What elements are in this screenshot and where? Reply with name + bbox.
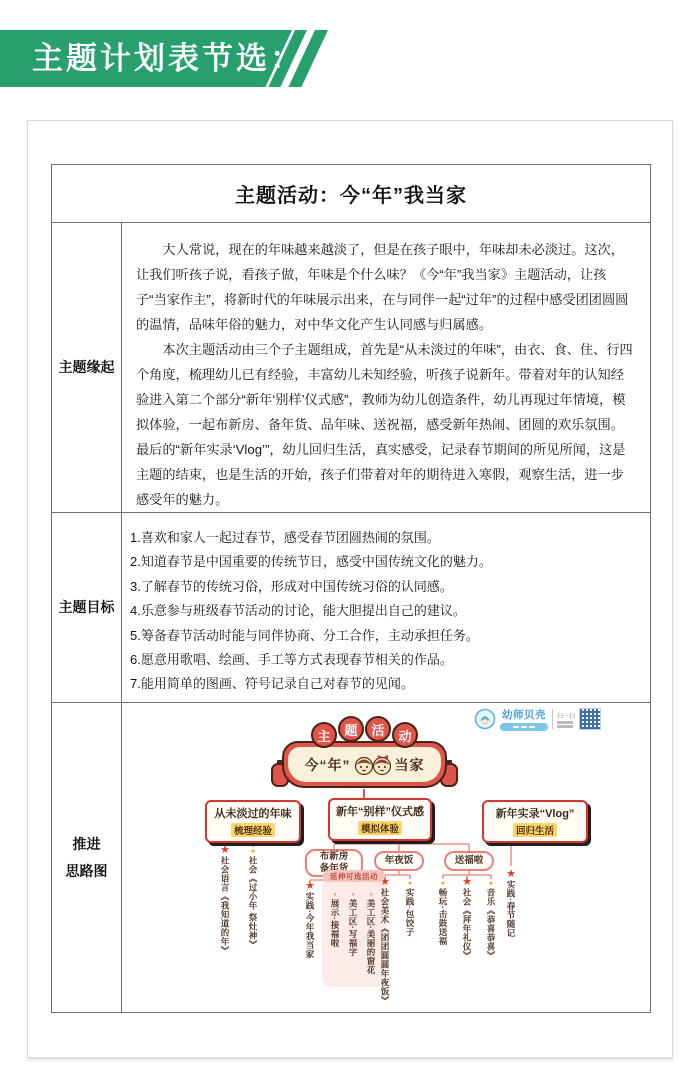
- mindmap-leaf: 实践·春节随记: [505, 867, 517, 937]
- map-label: 推进 思路图: [52, 703, 122, 1012]
- topic-title: 新年实录“Vlog”: [488, 805, 582, 821]
- topic-title: 新年“别样”仪式感: [334, 803, 426, 819]
- origin-paragraph: 本次主题活动由三个子主题组成，首先是“从未淡过的年味”，由衣、食、住、行四个角度…: [136, 337, 634, 512]
- leaf-text: 美工区·写福字: [347, 899, 359, 956]
- topic-subtitle: 梳理经验: [231, 823, 275, 837]
- table-title: 主题活动：今“年”我当家: [52, 165, 650, 222]
- goal-item: 4.乐意参与班级春节活动的讨论，能大胆提出自己的建议。: [130, 599, 640, 623]
- leaf-text: 社会《过小年 祭灶神》: [247, 856, 259, 949]
- goals-content: 1.喜欢和家人一起过春节，感受春节团圆热闹的氛围。 2.知道春节是中国重要的传统…: [122, 513, 650, 702]
- leaf-text: 美工区·美丽的窗花: [365, 899, 377, 974]
- star-marker: [506, 867, 516, 878]
- dot-marker: [408, 875, 412, 886]
- mindmap-leaf: 美工区·美丽的窗花: [365, 886, 377, 974]
- leaf-text: 社会《拜年礼仪》: [461, 888, 473, 960]
- page-title: 主题计划表节选：: [32, 30, 304, 87]
- title-circle: 活: [365, 716, 391, 742]
- mindmap-leaf: 实践·今年我当家: [304, 879, 316, 958]
- topic-box: 从未淡过的年味 梳理经验: [205, 800, 301, 843]
- leaf-text: 音乐《恭喜恭喜》: [485, 888, 497, 960]
- banner-text-right: 当家: [395, 755, 425, 775]
- topic-subtitle: 回归生活: [513, 823, 557, 837]
- mindmap-leaf: 社会《过小年 祭灶神》: [247, 843, 259, 949]
- dot-marker: [489, 875, 493, 886]
- mindmap-leaf: 社会语言《我知道的年》: [219, 843, 231, 955]
- row-theme-origin: 主题缘起 大人常说，现在的年味越来越淡了，但是在孩子眼中，年味却未必淡过。这次，…: [52, 222, 650, 512]
- title-circle: 动: [392, 722, 418, 748]
- content-card: 主题活动：今“年”我当家 主题缘起 大人常说，现在的年味越来越淡了，但是在孩子眼…: [27, 120, 673, 1058]
- row-mindmap: 推进 思路图: [52, 702, 650, 1012]
- topic-box: 新年实录“Vlog” 回归生活: [482, 800, 588, 843]
- goal-item: 6.愿意用歌唱、绘画、手工等方式表现春节相关的作品。: [130, 648, 640, 672]
- goal-item: 7.能用简单的图画、符号记录自己对春节的见闻。: [130, 672, 640, 696]
- title-banner: 今“年” 当家: [282, 741, 447, 788]
- goal-item: 1.喜欢和家人一起过春节，感受春节团圆热闹的氛围。: [130, 526, 640, 550]
- mindmap-leaf: 展示·接福啦: [329, 886, 341, 947]
- mindmap-leaf: 社会美术《团团圆圆年夜饭》: [379, 875, 391, 1005]
- banner-text-left: 今“年”: [305, 755, 351, 775]
- dot-marker: [251, 843, 255, 854]
- leaf-text: 社会美术《团团圆圆年夜饭》: [379, 888, 391, 1005]
- dot-marker: [333, 886, 337, 897]
- sub-box: 年夜饭: [374, 851, 424, 871]
- star-marker: [462, 875, 472, 886]
- leaf-text: 实践·春节随记: [505, 880, 517, 937]
- topic-subtitle: 模拟体验: [358, 821, 402, 835]
- row-theme-goals: 主题目标 1.喜欢和家人一起过春节，感受春节团圆热闹的氛围。 2.知道春节是中国…: [52, 512, 650, 702]
- leaf-text: 展示·接福啦: [329, 899, 341, 947]
- goal-item: 3.了解春节的传统习俗，形成对中国传统习俗的认同感。: [130, 575, 640, 599]
- optional-badge: 延伸可选活动: [323, 870, 385, 882]
- goals-label: 主题目标: [52, 513, 122, 702]
- mindmap-leaf: 音乐《恭喜恭喜》: [485, 875, 497, 960]
- mindmap-leaf: 畅玩·击鼓送福: [437, 875, 449, 945]
- mindmap-leaf: 美工区·写福字: [347, 886, 359, 956]
- leaf-text: 实践·包饺子: [404, 888, 416, 936]
- leaf-text: 社会语言《我知道的年》: [219, 856, 231, 955]
- plan-table: 主题活动：今“年”我当家 主题缘起 大人常说，现在的年味越来越淡了，但是在孩子眼…: [51, 164, 651, 1013]
- dot-marker: [441, 875, 445, 886]
- origin-content: 大人常说，现在的年味越来越淡了，但是在孩子眼中，年味却未必淡过。这次，让我们听孩…: [122, 223, 650, 512]
- origin-label: 主题缘起: [52, 223, 122, 512]
- mindmap-leaf: 社会《拜年礼仪》: [461, 875, 473, 960]
- dot-marker: [369, 886, 373, 897]
- kids-faces-icon: [353, 754, 393, 776]
- leaf-text: 实践·今年我当家: [304, 892, 316, 958]
- mindmap-leaf: 实践·包饺子: [404, 875, 416, 936]
- topic-box: 新年“别样”仪式感 模拟体验: [328, 798, 432, 841]
- title-circle: 主: [311, 722, 337, 748]
- goal-item: 2.知道春节是中国重要的传统节日，感受中国传统文化的魅力。: [130, 550, 640, 574]
- star-marker: [305, 879, 315, 890]
- title-circle: 题: [338, 716, 364, 742]
- sub-box: 送福啦: [444, 851, 494, 871]
- star-marker: [220, 843, 230, 854]
- leaf-text: 畅玩·击鼓送福: [437, 888, 449, 945]
- goal-item: 5.筹备春节活动时能与同伴协商、分工合作，主动承担任务。: [130, 624, 640, 648]
- topic-title: 从未淡过的年味: [211, 805, 295, 821]
- origin-paragraph: 大人常说，现在的年味越来越淡了，但是在孩子眼中，年味却未必淡过。这次，让我们听孩…: [136, 237, 634, 337]
- dot-marker: [351, 886, 355, 897]
- mindmap: 幼师贝壳 扫一扫 主 题 活 动: [122, 703, 650, 1012]
